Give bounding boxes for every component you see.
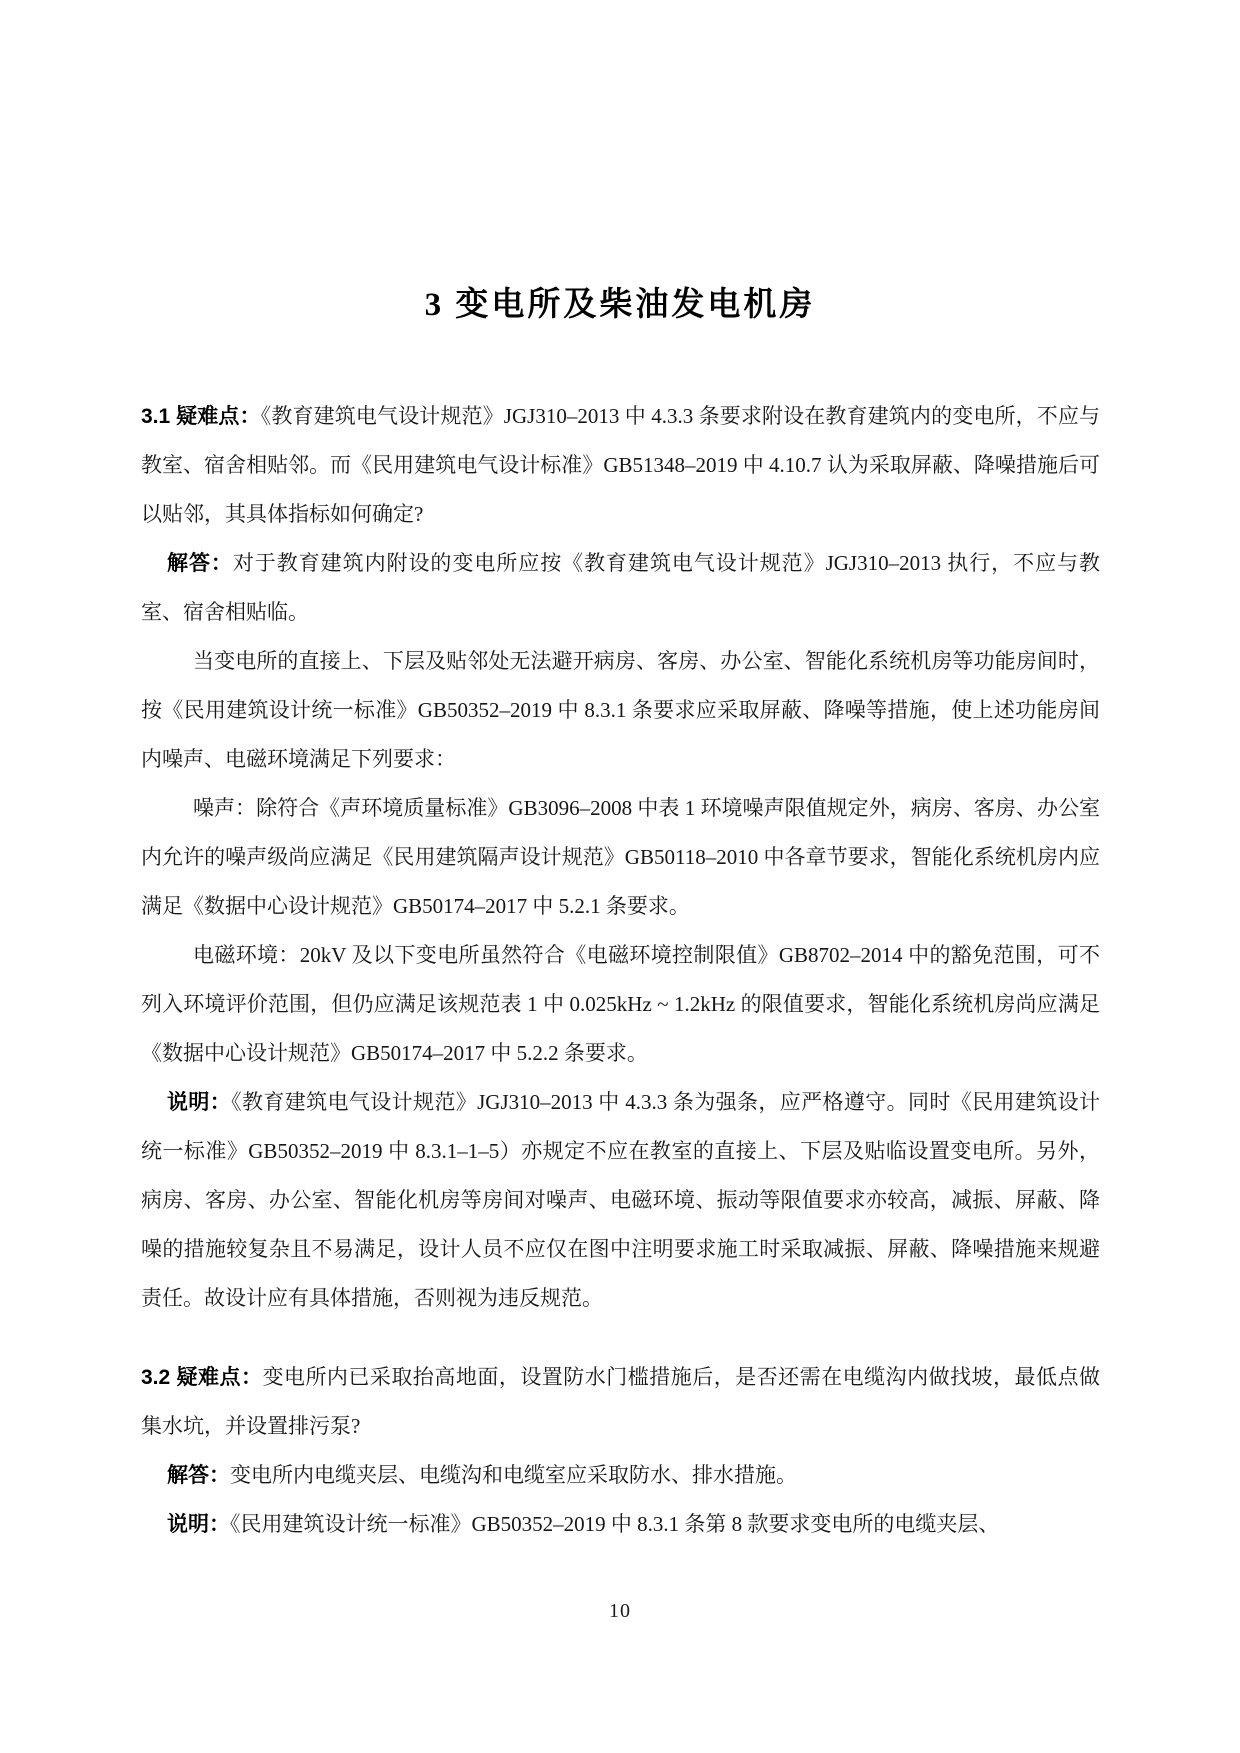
answer-paragraph: 解答：变电所内电缆夹层、电缆沟和电缆室应采取防水、排水措施。	[141, 1451, 1100, 1500]
paragraph-text: 当变电所的直接上、下层及贴邻处无法避开病房、客房、办公室、智能化系统机房等功能房…	[141, 649, 1100, 771]
paragraph-text: 变电所内电缆夹层、电缆沟和电缆室应采取防水、排水措施。	[230, 1463, 797, 1487]
section-3-2: 3.2 疑难点：变电所内已采取抬高地面，设置防水门槛措施后，是否还需在电缆沟内做…	[141, 1353, 1100, 1549]
question-label: 3.1 疑难点：	[141, 405, 261, 428]
question-paragraph: 3.2 疑难点：变电所内已采取抬高地面，设置防水门槛措施后，是否还需在电缆沟内做…	[141, 1353, 1100, 1451]
paragraph-text: 变电所内已采取抬高地面，设置防水门槛措施后，是否还需在电缆沟内做找坡，最低点做集…	[141, 1365, 1100, 1438]
answer-label: 解答：	[167, 1464, 230, 1487]
note-label: 说明：	[167, 1513, 230, 1536]
paragraph-text: 电磁环境：20kV 及以下变电所虽然符合《电磁环境控制限值》GB8702–201…	[141, 943, 1100, 1065]
note-label: 说明：	[167, 1091, 231, 1114]
chapter-title: 3 变电所及柴油发电机房	[0, 278, 1240, 325]
paragraph-text: 《民用建筑设计统一标准》GB50352–2019 中 8.3.1 条第 8 款要…	[230, 1512, 999, 1536]
footer-page-number: 10	[0, 1600, 1240, 1623]
note-paragraph: 说明：《民用建筑设计统一标准》GB50352–2019 中 8.3.1 条第 8…	[141, 1500, 1100, 1549]
paragraph-text: 《教育建筑电气设计规范》JGJ310–2013 中 4.3.3 条为强条，应严格…	[141, 1090, 1100, 1310]
question-paragraph: 3.1 疑难点：《教育建筑电气设计规范》JGJ310–2013 中 4.3.3 …	[141, 392, 1100, 539]
document-body: 3.1 疑难点：《教育建筑电气设计规范》JGJ310–2013 中 4.3.3 …	[141, 392, 1100, 1549]
note-paragraph: 说明：《教育建筑电气设计规范》JGJ310–2013 中 4.3.3 条为强条，…	[141, 1078, 1100, 1323]
paragraph-text: 噪声：除符合《声环境质量标准》GB3096–2008 中表 1 环境噪声限值规定…	[141, 796, 1100, 918]
body-paragraph: 当变电所的直接上、下层及贴邻处无法避开病房、客房、办公室、智能化系统机房等功能房…	[141, 637, 1100, 784]
answer-label: 解答：	[167, 552, 233, 575]
section-3-1: 3.1 疑难点：《教育建筑电气设计规范》JGJ310–2013 中 4.3.3 …	[141, 392, 1100, 1323]
body-paragraph: 噪声：除符合《声环境质量标准》GB3096–2008 中表 1 环境噪声限值规定…	[141, 784, 1100, 931]
answer-paragraph: 解答：对于教育建筑内附设的变电所应按《教育建筑电气设计规范》JGJ310–201…	[141, 539, 1100, 637]
paragraph-text: 对于教育建筑内附设的变电所应按《教育建筑电气设计规范》JGJ310–2013 执…	[141, 551, 1100, 624]
body-paragraph: 电磁环境：20kV 及以下变电所虽然符合《电磁环境控制限值》GB8702–201…	[141, 931, 1100, 1078]
paragraph-text: 《教育建筑电气设计规范》JGJ310–2013 中 4.3.3 条要求附设在教育…	[141, 404, 1100, 526]
document-page: 3 变电所及柴油发电机房 3.1 疑难点：《教育建筑电气设计规范》JGJ310–…	[0, 0, 1240, 1753]
question-label: 3.2 疑难点：	[141, 1366, 262, 1389]
